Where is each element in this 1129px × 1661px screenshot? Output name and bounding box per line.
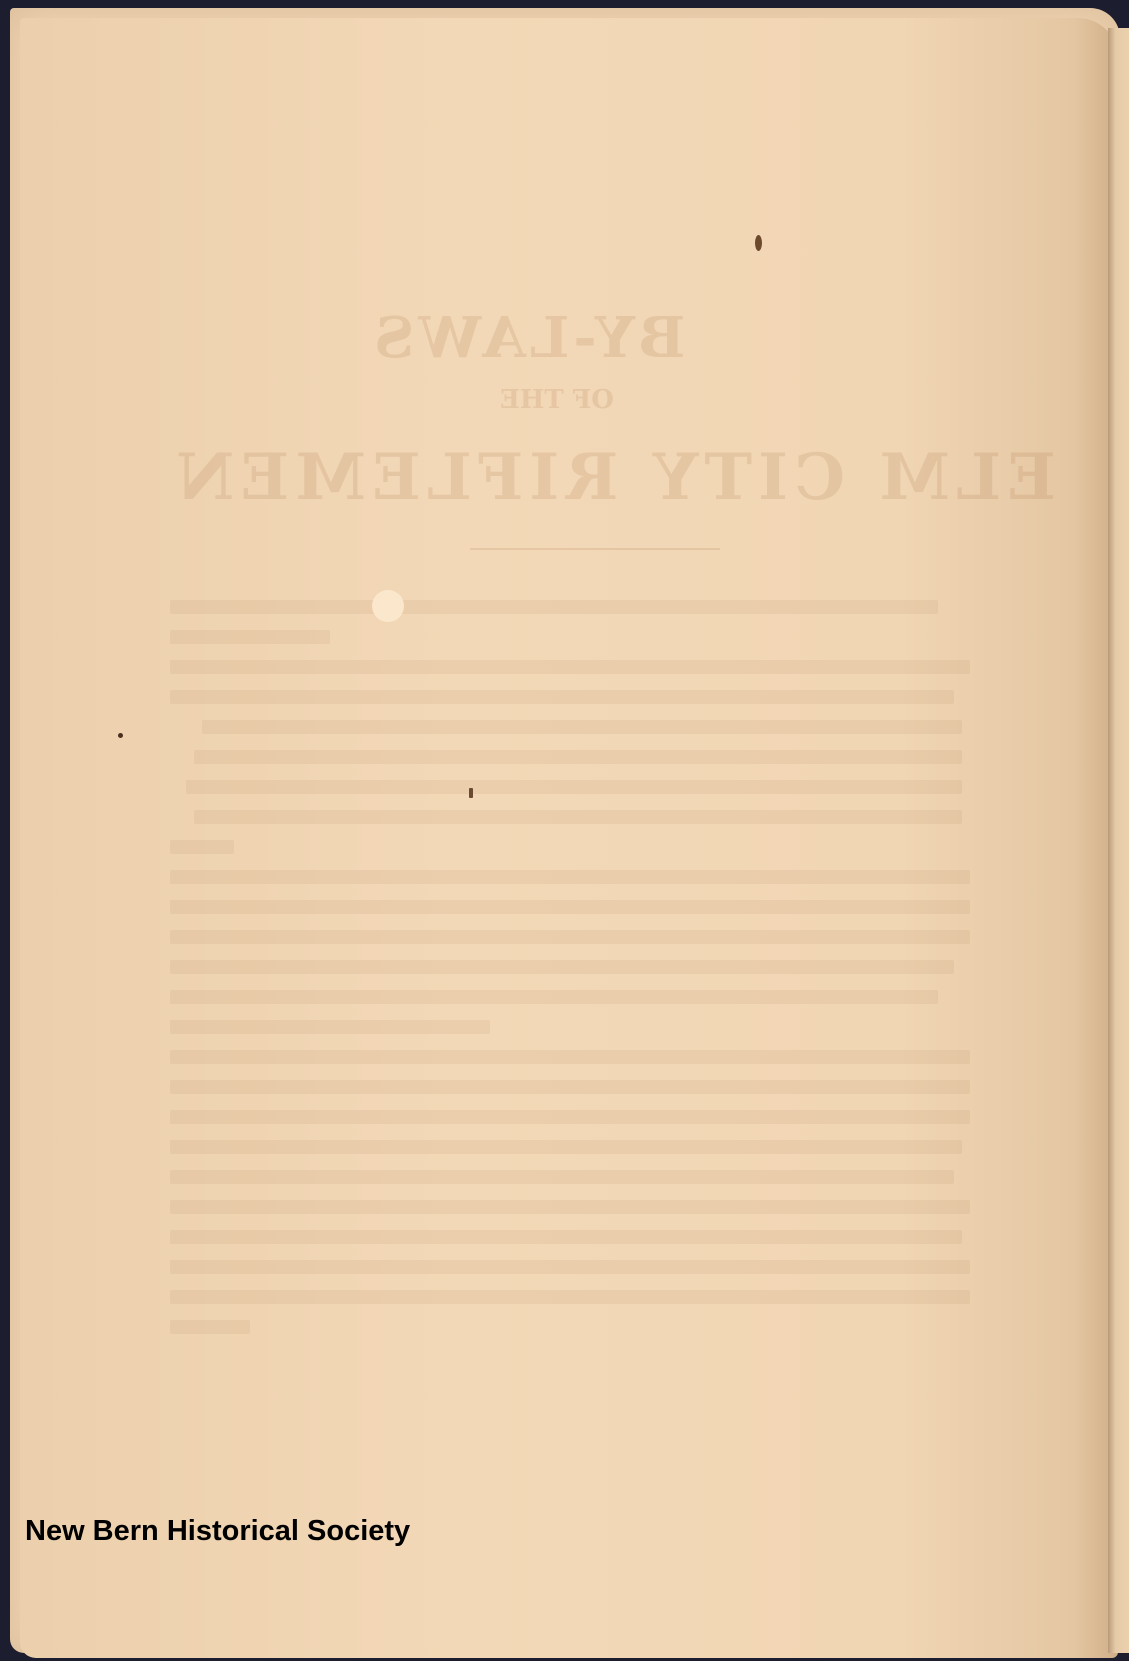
bleed-line (194, 810, 962, 824)
bleed-line (186, 780, 962, 794)
bleed-line (170, 930, 970, 944)
bleed-through-heading: BY-LAWS (370, 305, 685, 371)
bleed-line (170, 690, 954, 704)
watermark-text: New Bern Historical Society (25, 1515, 410, 1548)
bleed-line (170, 840, 234, 854)
bleed-line (194, 750, 962, 764)
bleed-line (170, 1140, 962, 1154)
bleed-line (170, 1050, 970, 1064)
bleed-line (170, 960, 954, 974)
bleed-through-body (170, 600, 970, 1350)
ink-speck (118, 733, 123, 738)
bleed-line (170, 1080, 970, 1094)
bleed-line (202, 720, 962, 734)
ink-speck (469, 788, 473, 798)
page-fold-edge (1108, 28, 1129, 1653)
bleed-through-subheading: OF THE (500, 385, 614, 415)
bleed-line (170, 1290, 970, 1304)
bleed-line (170, 1320, 250, 1334)
bleed-line (170, 870, 970, 884)
bleed-line (170, 900, 970, 914)
bleed-line (170, 1170, 954, 1184)
bleed-through-rule (470, 548, 720, 550)
bleed-line (170, 1020, 490, 1034)
bleed-line (170, 660, 970, 674)
bleed-line (170, 990, 938, 1004)
bleed-line (170, 1230, 962, 1244)
bleed-line (170, 600, 938, 614)
bleed-line (170, 1260, 970, 1274)
bleed-line (170, 630, 330, 644)
bleed-line (170, 1200, 970, 1214)
bleed-line (170, 1110, 970, 1124)
ink-speck (755, 235, 762, 251)
bleed-through-title: ELM CITY RIFLEMEN (170, 440, 1056, 515)
paper-spot (372, 590, 404, 622)
